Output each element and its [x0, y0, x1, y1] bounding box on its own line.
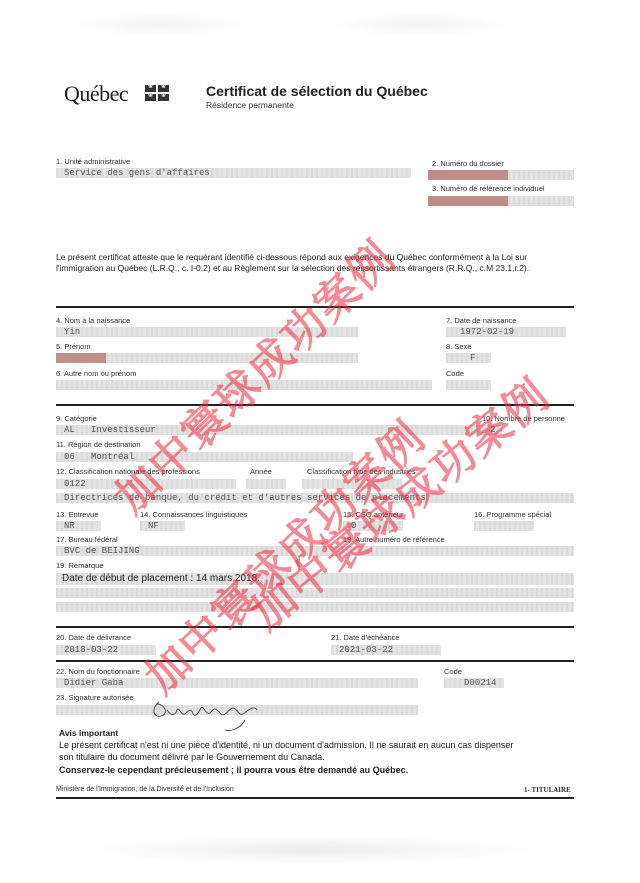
- echeance-label: 21. Date d'échéance: [331, 633, 400, 642]
- section-divider: [56, 626, 574, 628]
- redaction-block: [428, 196, 508, 206]
- redaction-block: [428, 170, 508, 180]
- entrevue-field: NR: [56, 521, 101, 531]
- programme-label: 16. Programme spécial: [474, 510, 551, 519]
- avis-line-2: son titulaire du document délivré par le…: [59, 752, 325, 763]
- delivrance-label: 20. Date de délivrance: [56, 633, 131, 642]
- prenom-label: 5. Prénom: [56, 342, 91, 351]
- fonctionnaire-label: 22. Nom du fonctionnaire: [56, 667, 140, 676]
- ministere-text: Ministère de l'Immigration, de la Divers…: [56, 786, 234, 793]
- avis-line-1: Le présent certificat n'est ni une pièce…: [59, 740, 513, 751]
- echeance-field: 2021-03-22: [331, 645, 441, 655]
- langues-field: NF: [140, 521, 185, 531]
- scan-shadow: [80, 835, 540, 865]
- annee-field: [246, 479, 286, 489]
- quebec-flag-icon: [145, 85, 169, 101]
- scan-shadow: [330, 12, 510, 37]
- sexe-field: F: [446, 353, 491, 363]
- sexe-label: 8. Sexe: [446, 342, 471, 351]
- naissance-field: 1972-02-19: [446, 327, 566, 337]
- copy-designation: 1- TITULAIRE: [524, 786, 571, 794]
- entrevue-label: 13. Entrevue: [56, 510, 99, 519]
- quebec-logo-text: Québec: [64, 81, 128, 107]
- footer-divider: [56, 797, 574, 799]
- annee-label: Année: [250, 467, 272, 476]
- code-label: Code: [444, 667, 462, 676]
- autre-nom-label: 6. Autre nom ou prénom: [56, 369, 136, 378]
- naissance-label: 7. Date de naissance: [446, 316, 516, 325]
- bureau-label: 17. Bureau fédéral: [56, 535, 118, 544]
- scan-shadow: [70, 12, 250, 37]
- document-subtitle: Résidence permanente: [206, 100, 294, 110]
- fonctionnaire-field: Didier Gaba: [56, 678, 418, 688]
- region-code: 06: [64, 452, 75, 462]
- avis-bold-line: Conservez-le cependant précieusement ; i…: [59, 765, 408, 776]
- categorie-code: AL: [64, 425, 75, 435]
- code-field: D00214: [444, 678, 504, 688]
- attestation-line-2: l'immigration au Québec (L.R.Q., c. I-0.…: [56, 263, 529, 274]
- attestation-line-1: Le présent certificat atteste que le req…: [56, 252, 527, 263]
- certificate-page: Québec Certificat de sélection du Québec…: [0, 0, 640, 883]
- unite-label: 1. Unité administrative: [56, 157, 130, 166]
- programme-field: [474, 521, 534, 531]
- region-label: 11. Région de destination: [56, 440, 141, 449]
- remarque-label: 19. Remarque: [56, 561, 104, 570]
- avis-title: Avis important: [59, 728, 118, 738]
- reference-label: 3. Numéro de référence individuel: [432, 184, 545, 193]
- dossier-label: 2. Numéro du dossier: [432, 159, 504, 168]
- nom-label: 4. Nom à la naissance: [56, 316, 130, 325]
- signature-label: 23. Signature autorisée: [56, 693, 134, 702]
- categorie-label: 9. Catégorie: [56, 414, 97, 423]
- code-label: Code: [446, 369, 464, 378]
- redaction-block: [56, 353, 106, 363]
- unite-field: Service des gens d'affaires: [56, 168, 411, 178]
- document-title: Certificat de sélection du Québec: [206, 83, 428, 99]
